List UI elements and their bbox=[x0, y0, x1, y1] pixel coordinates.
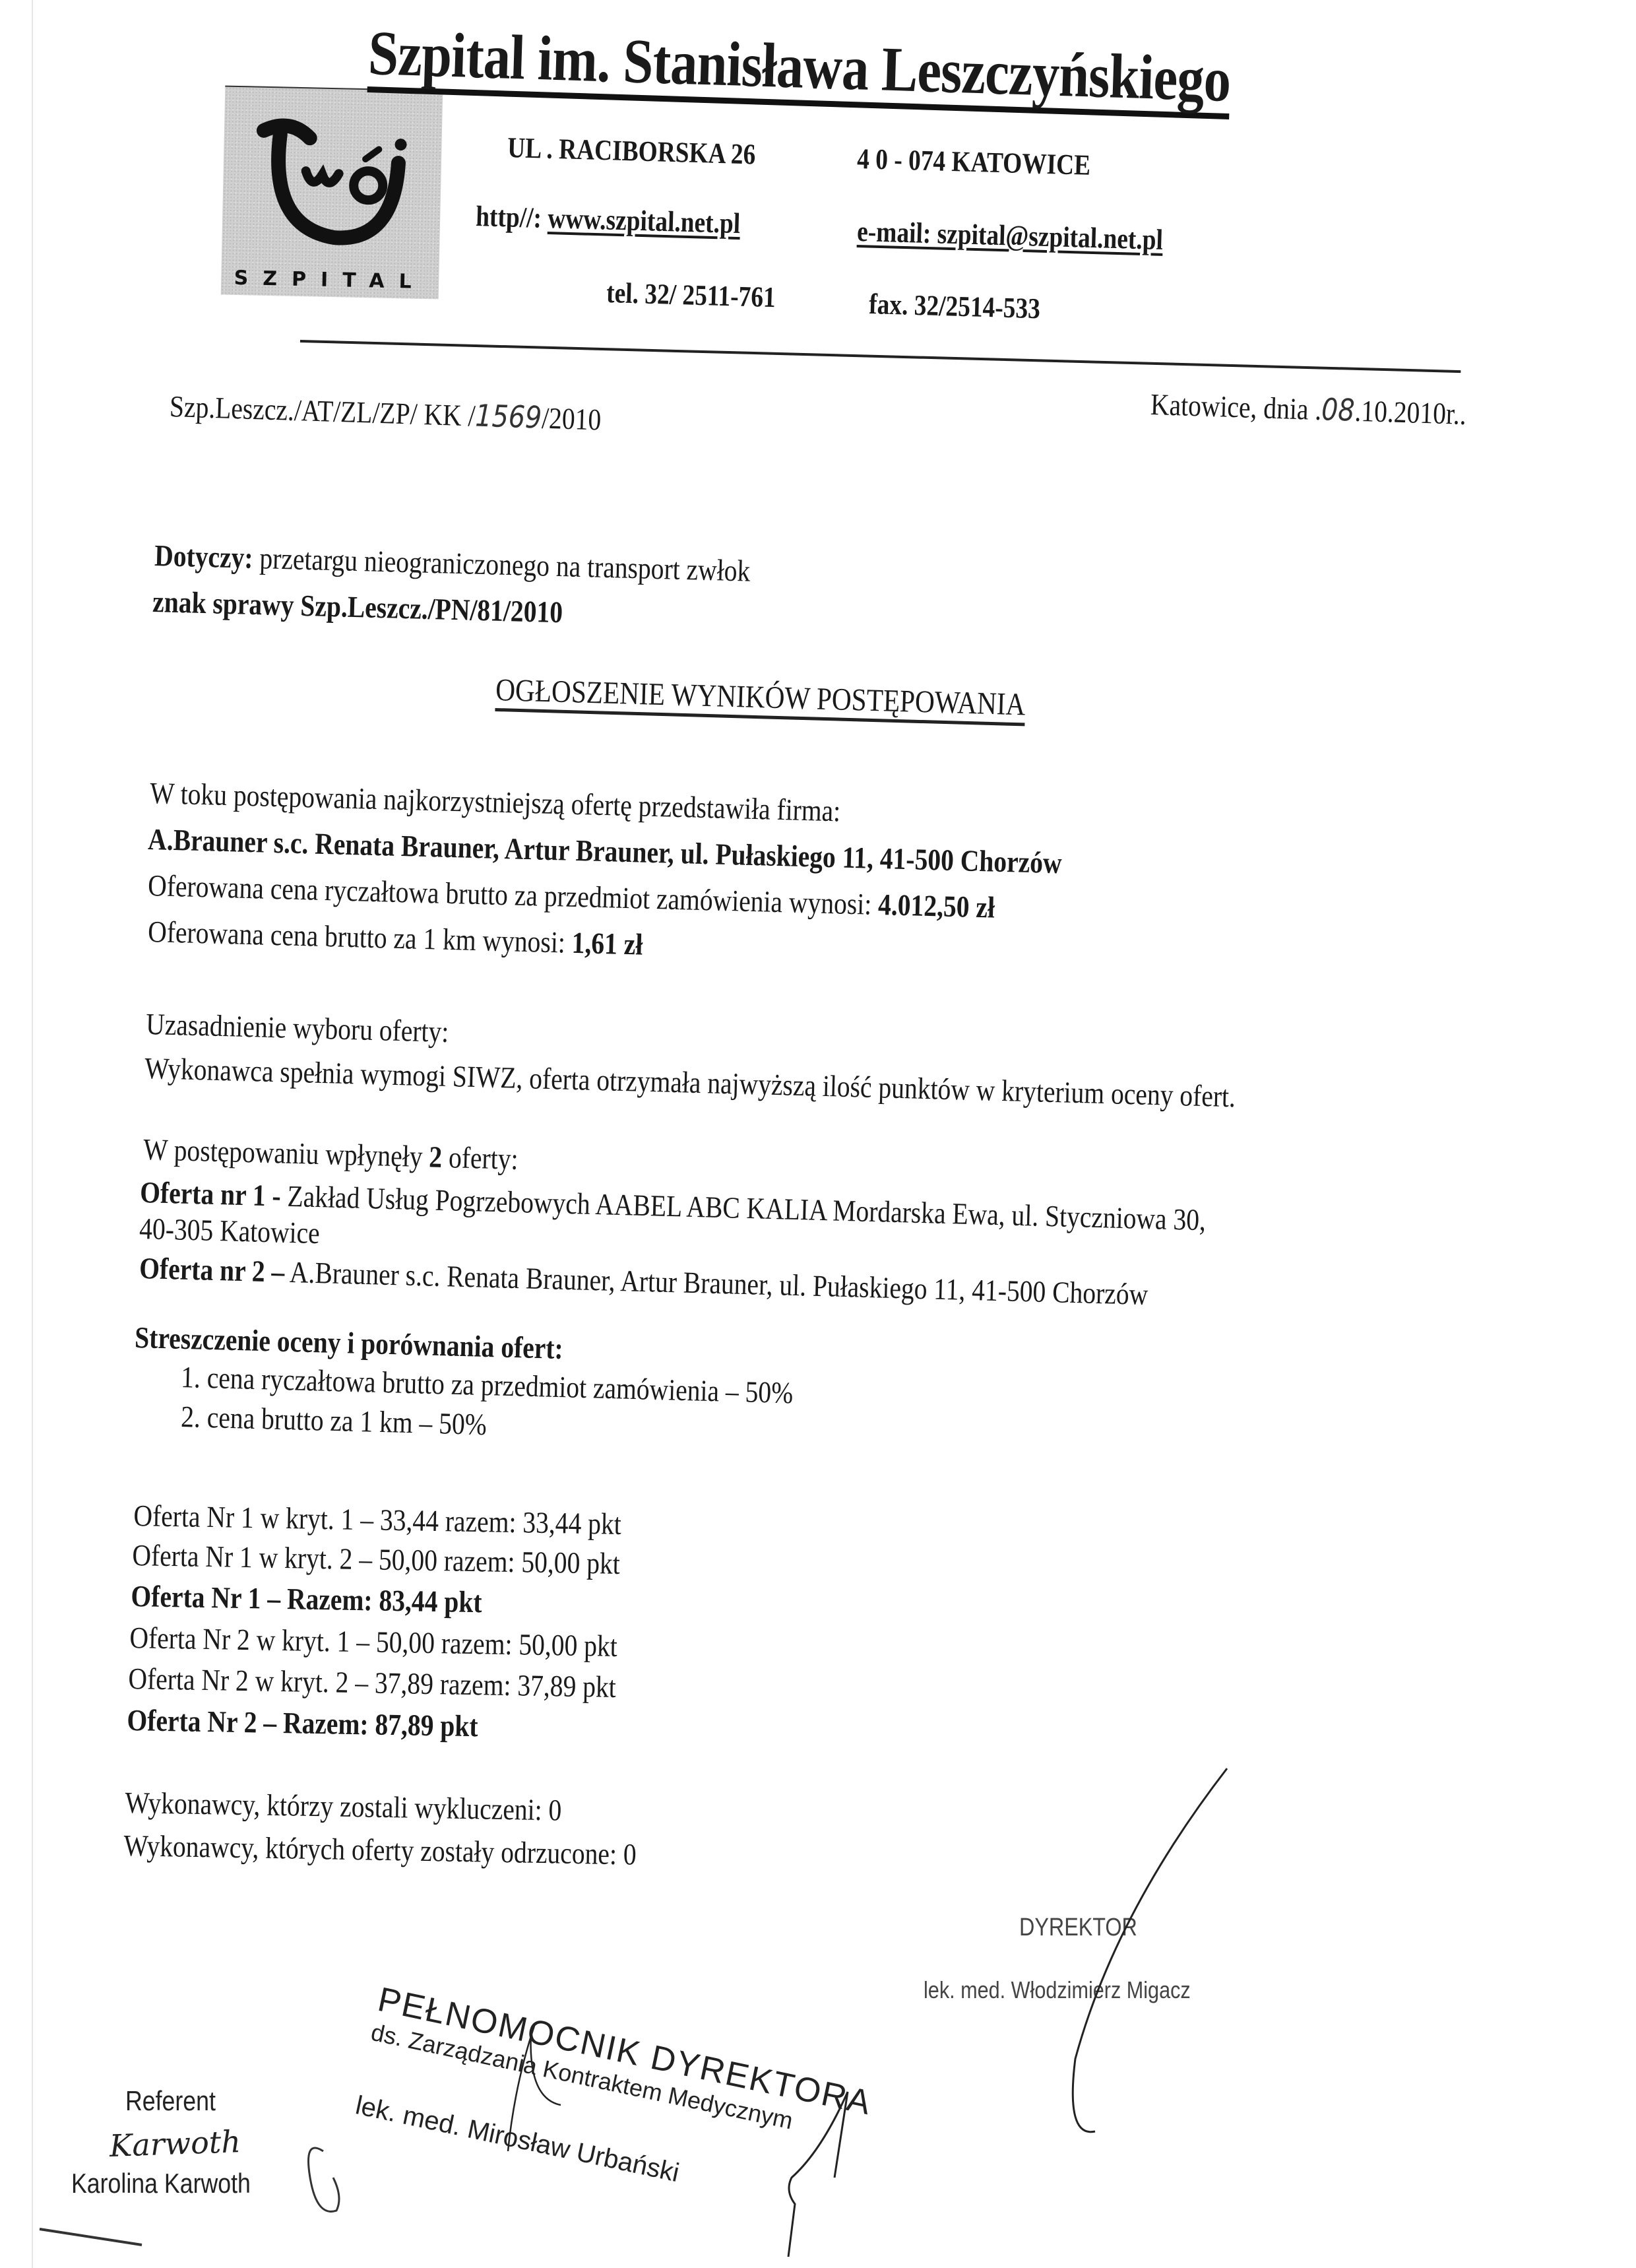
fax-number: fax. 32/2514-533 bbox=[869, 287, 1041, 325]
score-total: Oferta Nr 2 – Razem: 87,89 pkt bbox=[127, 1702, 478, 1743]
score-line: Oferta Nr 1 w kryt. 1 – 33,44 razem: 33,… bbox=[133, 1498, 621, 1541]
score-total: Oferta Nr 1 – Razem: 83,44 pkt bbox=[131, 1578, 482, 1619]
scan-edge bbox=[32, 0, 33, 2268]
justification-label: Uzasadnienie wyboru oferty: bbox=[146, 1006, 449, 1049]
km-price-line: Oferowana cena brutto za 1 km wynosi: 1,… bbox=[148, 914, 643, 962]
director-name: lek. med. Włodzimierz Migacz bbox=[924, 1976, 1191, 2004]
website-link[interactable]: www.szpital.net.pl bbox=[548, 202, 741, 240]
handwritten-number: 1569 bbox=[475, 398, 542, 436]
initials-stroke bbox=[309, 2148, 340, 2211]
deputy-stamp: PEŁNOMOCNIK DYREKTORA ds. Zarządzania Ko… bbox=[353, 1980, 875, 2224]
winner-intro: W toku postępowania najkorzystniejszą of… bbox=[150, 775, 841, 828]
subject-label: Dotyczy: bbox=[154, 538, 254, 575]
score-line: Oferta Nr 2 w kryt. 1 – 50,00 razem: 50,… bbox=[129, 1620, 617, 1664]
subject-line: Dotyczy: przetargu nieograniczonego na t… bbox=[154, 538, 751, 589]
referent-label: Referent bbox=[125, 2085, 216, 2117]
excluded-count: Wykonawcy, którzy zostali wykluczeni: 0 bbox=[125, 1785, 562, 1828]
score-line: Oferta Nr 1 w kryt. 2 – 50,00 razem: 50,… bbox=[132, 1538, 620, 1581]
subject-text: przetargu nieograniczonego na transport … bbox=[253, 541, 751, 588]
header-divider bbox=[300, 340, 1461, 373]
rejected-count: Wykonawcy, których oferty zostały odrzuc… bbox=[123, 1828, 637, 1872]
referent-name: Karolina Karwoth bbox=[71, 2168, 251, 2199]
director-title: DYREKTOR bbox=[1019, 1914, 1137, 1942]
handwritten-day: 08 bbox=[1321, 391, 1355, 428]
case-number: znak sprawy Szp.Leszcz./PN/81/2010 bbox=[152, 584, 563, 630]
letter-date: Katowice, dnia .08.10.2010r.. bbox=[1150, 386, 1466, 432]
referent-signature: Karwoth bbox=[109, 2123, 241, 2164]
lump-price-value: 4.012,50 zł bbox=[877, 888, 995, 924]
criteria-heading: Streszczenie oceny i porównania ofert: bbox=[135, 1320, 564, 1366]
director-signature-stroke bbox=[1073, 1768, 1227, 2132]
smile-logo-icon bbox=[235, 100, 429, 256]
document-title: OGŁOSZENIE WYNIKÓW POSTĘPOWANIA bbox=[495, 673, 1026, 726]
address-city: 4 0 - 074 KATOWICE bbox=[857, 142, 1091, 182]
email-line: e-mail: szpital@szpital.net.pl bbox=[857, 214, 1164, 257]
justification-text: Wykonawca spełnia wymogi SIWZ, oferta ot… bbox=[144, 1051, 1236, 1114]
offer-2-label: Oferta nr 2 – bbox=[139, 1251, 285, 1289]
bottom-rule bbox=[40, 2229, 142, 2245]
offers-intro: W postępowaniu wpłynęły 2 oferty: bbox=[143, 1132, 519, 1177]
criterion-2: 2. cena brutto za 1 km – 50% bbox=[181, 1399, 488, 1442]
lump-price-line: Oferowana cena ryczałtowa brutto za prze… bbox=[148, 868, 995, 925]
score-line: Oferta Nr 2 w kryt. 2 – 37,89 razem: 37,… bbox=[128, 1661, 616, 1704]
offer-1-city: 40-305 Katowice bbox=[139, 1211, 321, 1250]
logo-text: SZPITAL bbox=[221, 267, 439, 294]
hospital-name: Szpital im. Stanisława Leszczyńskiego bbox=[367, 20, 1232, 119]
offer-2: Oferta nr 2 – A.Brauner s.c. Renata Brau… bbox=[139, 1250, 1148, 1312]
document-page: SZPITAL Szpital im. Stanisława Leszczyńs… bbox=[0, 0, 1636, 2268]
reference-number: Szp.Leszcz./AT/ZL/ZP/ KK /1569/2010 bbox=[169, 388, 602, 437]
website-label: http//: bbox=[476, 200, 548, 234]
website-line: http//: www.szpital.net.pl bbox=[476, 199, 741, 240]
email-link[interactable]: e-mail: szpital@szpital.net.pl bbox=[857, 215, 1164, 256]
phone-number: tel. 32/ 2511-761 bbox=[606, 276, 776, 314]
hospital-logo: SZPITAL bbox=[221, 86, 443, 300]
offer-1-label: Oferta nr 1 - bbox=[140, 1175, 282, 1213]
km-price-value: 1,61 zł bbox=[571, 926, 643, 961]
address-street: UL . RACIBORSKA 26 bbox=[507, 131, 756, 171]
